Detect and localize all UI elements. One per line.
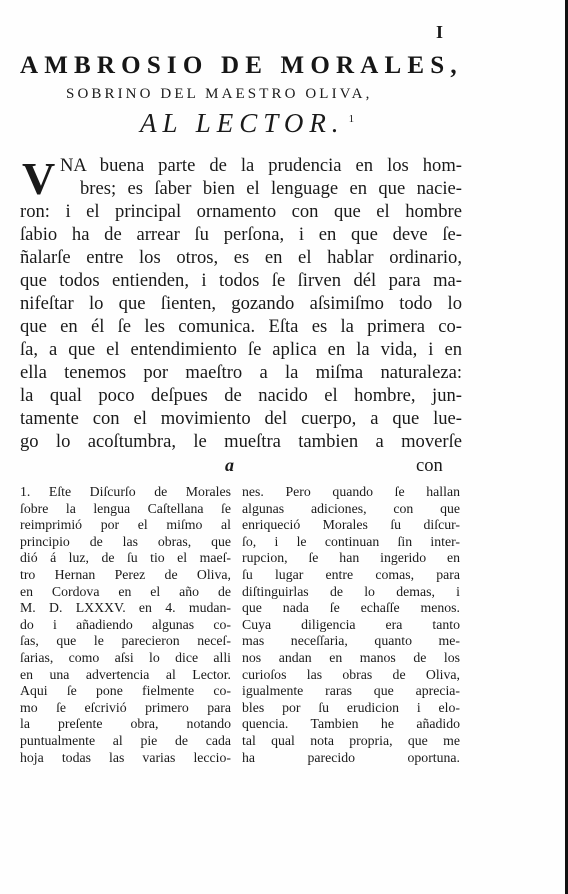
footnote-marker: 1 bbox=[349, 113, 355, 125]
footnote-line: Aqui ſe pone fielmente co- bbox=[20, 683, 231, 700]
footnote-line: diſtinguirlas de lo demas, i bbox=[242, 584, 460, 601]
footnote-line: principio de las obras, que bbox=[20, 534, 231, 551]
body-text: NA buena parte de la prudencia en los ho… bbox=[20, 154, 462, 453]
body-line: la qual poco deſpues de nacido el hombre… bbox=[20, 384, 462, 407]
footnote-line: enriqueció Morales ſu diſcur- bbox=[242, 517, 460, 534]
catchword: con bbox=[416, 455, 443, 477]
footnote-line: ſo, i le continuan ſin inter- bbox=[242, 534, 460, 551]
page-title: AMBROSIO DE MORALES, bbox=[20, 52, 460, 80]
page-subtitle: SOBRINO DEL MAESTRO OLIVA, bbox=[66, 86, 411, 103]
footnote-line: do i añadiendo algunas co- bbox=[20, 617, 231, 634]
catch-line: a con bbox=[20, 455, 462, 477]
footnote-line: que nada ſe echaſſe menos. bbox=[242, 600, 460, 617]
footnote-line: igualmente raras que aprecia- bbox=[242, 683, 460, 700]
heading-text: AL LECTOR. bbox=[140, 108, 345, 138]
footnote-line: ſas, que le parecieron neceſ- bbox=[20, 633, 231, 650]
footnote-line: hoja todas las varias leccio- bbox=[20, 750, 231, 767]
footnote-line: puntualmente al pie de cada bbox=[20, 733, 231, 750]
signature-mark: a bbox=[225, 455, 234, 476]
footnote-line: mas neceſſaria, quanto me- bbox=[242, 633, 460, 650]
footnote-line: ſu lugar entre comas, para bbox=[242, 567, 460, 584]
footnote-line: ſarias, como aſsi lo dice alli bbox=[20, 650, 231, 667]
footnote-line: la preſente obra, notando bbox=[20, 716, 231, 733]
footnote-line: bles por ſu erudicion i elo- bbox=[242, 700, 460, 717]
page-number: I bbox=[436, 22, 443, 43]
footnote-line: dió á luz, de ſu tio el maeſ- bbox=[20, 550, 231, 567]
book-page: I AMBROSIO DE MORALES, SOBRINO DEL MAEST… bbox=[0, 0, 566, 894]
body-line: que en él ſe les comunica. Eſta es la pr… bbox=[20, 315, 462, 338]
footnote-line: reimprimió por el miſmo al bbox=[20, 517, 231, 534]
body-line: bres; es ſaber bien el lenguage en que n… bbox=[20, 177, 462, 200]
body-line: tamente con el movimiento del cuerpo, a … bbox=[20, 407, 462, 430]
footnote-line: ha parecido oportuna. bbox=[242, 750, 460, 767]
body-line: ella tenemos por maeſtro a la miſma natu… bbox=[20, 361, 462, 384]
body-line: ſa, a que el entendimiento ſe aplica en … bbox=[20, 338, 462, 361]
body-line: NA buena parte de la prudencia en los ho… bbox=[20, 154, 462, 177]
footnote-line: ſobre la lengua Caſtellana ſe bbox=[20, 501, 231, 518]
body-line: go lo acoſtumbra, le mueſtra tambien a m… bbox=[20, 430, 462, 453]
footnote-line: quencia. Tambien he añadido bbox=[242, 716, 460, 733]
footnote-line: tal qual nota propria, que me bbox=[242, 733, 460, 750]
footnote-line: rupcion, ſe han ingerido en bbox=[242, 550, 460, 567]
footnote-line: tro Hernan Perez de Oliva, bbox=[20, 567, 231, 584]
body-line: ñalarſe entre los otros, es en el hablar… bbox=[20, 246, 462, 269]
footnote-line: en una advertencia al Lector. bbox=[20, 667, 231, 684]
footnote-line: algunas adiciones, con que bbox=[242, 501, 460, 518]
footnote-line: 1. Eſte Diſcurſo de Morales bbox=[20, 484, 231, 501]
footnote-line: nos andan en manos de los bbox=[242, 650, 460, 667]
body-line: ſabio ha de arrear ſu perſona, i en que … bbox=[20, 223, 462, 246]
footnote-line: en Cordova en el año de bbox=[20, 584, 231, 601]
body-line: nifeſtar lo que ſienten, gozando aſsimiſ… bbox=[20, 292, 462, 315]
footnote-line: Cuya diligencia era tanto bbox=[242, 617, 460, 634]
footnote-column-right: nes. Pero quando ſe hallan algunas adici… bbox=[242, 484, 460, 766]
footnote-line: curioſos las obras de Oliva, bbox=[242, 667, 460, 684]
footnote-line: mo ſe eſcrivió primero para bbox=[20, 700, 231, 717]
body-line: que todos entienden, i todos ſe ſirven d… bbox=[20, 269, 462, 292]
footnote-column-left: 1. Eſte Diſcurſo de Morales ſobre la len… bbox=[20, 484, 231, 766]
body-line: ron: i el principal ornamento con que el… bbox=[20, 200, 462, 223]
footnote-line: nes. Pero quando ſe hallan bbox=[242, 484, 460, 501]
footnote-line: M. D. LXXXV. en 4. mudan- bbox=[20, 600, 231, 617]
section-heading: AL LECTOR.1 bbox=[140, 108, 354, 139]
